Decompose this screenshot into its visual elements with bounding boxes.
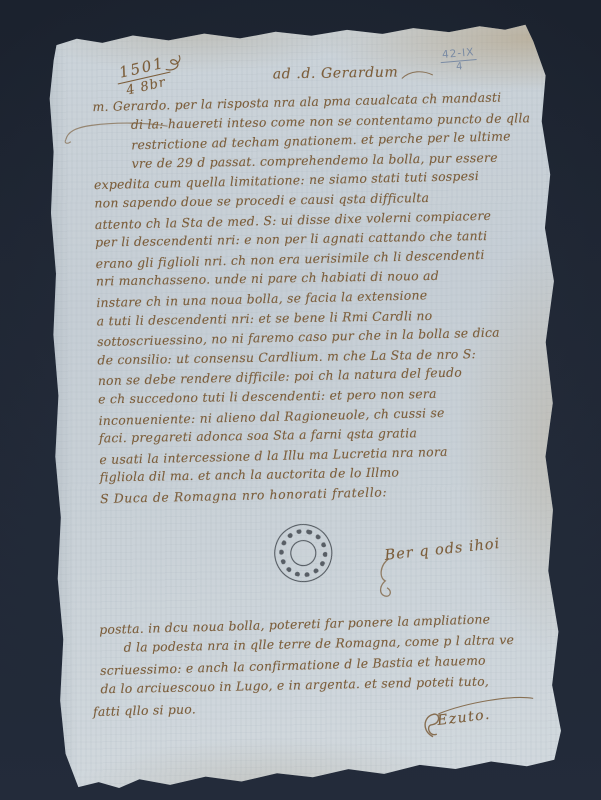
letter-body: m. Gerardo. per la risposta nra ala pma … — [92, 87, 560, 507]
manuscript-photograph: 1501 4 8br 42-IX 4 ad .d. Gerardum m. Ge… — [0, 0, 601, 800]
letter-heading: ad .d. Gerardum — [273, 65, 399, 83]
archive-stamp-icon — [267, 517, 339, 589]
signature-flourish-icon — [373, 553, 407, 600]
dorsal-date: 1501 4 8br — [113, 53, 174, 100]
signature: Ber q ods ihoi — [384, 533, 501, 564]
archival-mark: 42-IX 4 — [440, 46, 478, 74]
heading-swash-icon — [400, 68, 434, 83]
paper-sheet: 1501 4 8br 42-IX 4 ad .d. Gerardum m. Ge… — [46, 22, 568, 792]
letter-heading-text: ad .d. Gerardum — [273, 65, 399, 83]
ink-flourish-icon — [161, 51, 187, 75]
archival-mark-bottom: 4 — [441, 60, 478, 74]
paraph: Ezuto. — [422, 704, 492, 731]
